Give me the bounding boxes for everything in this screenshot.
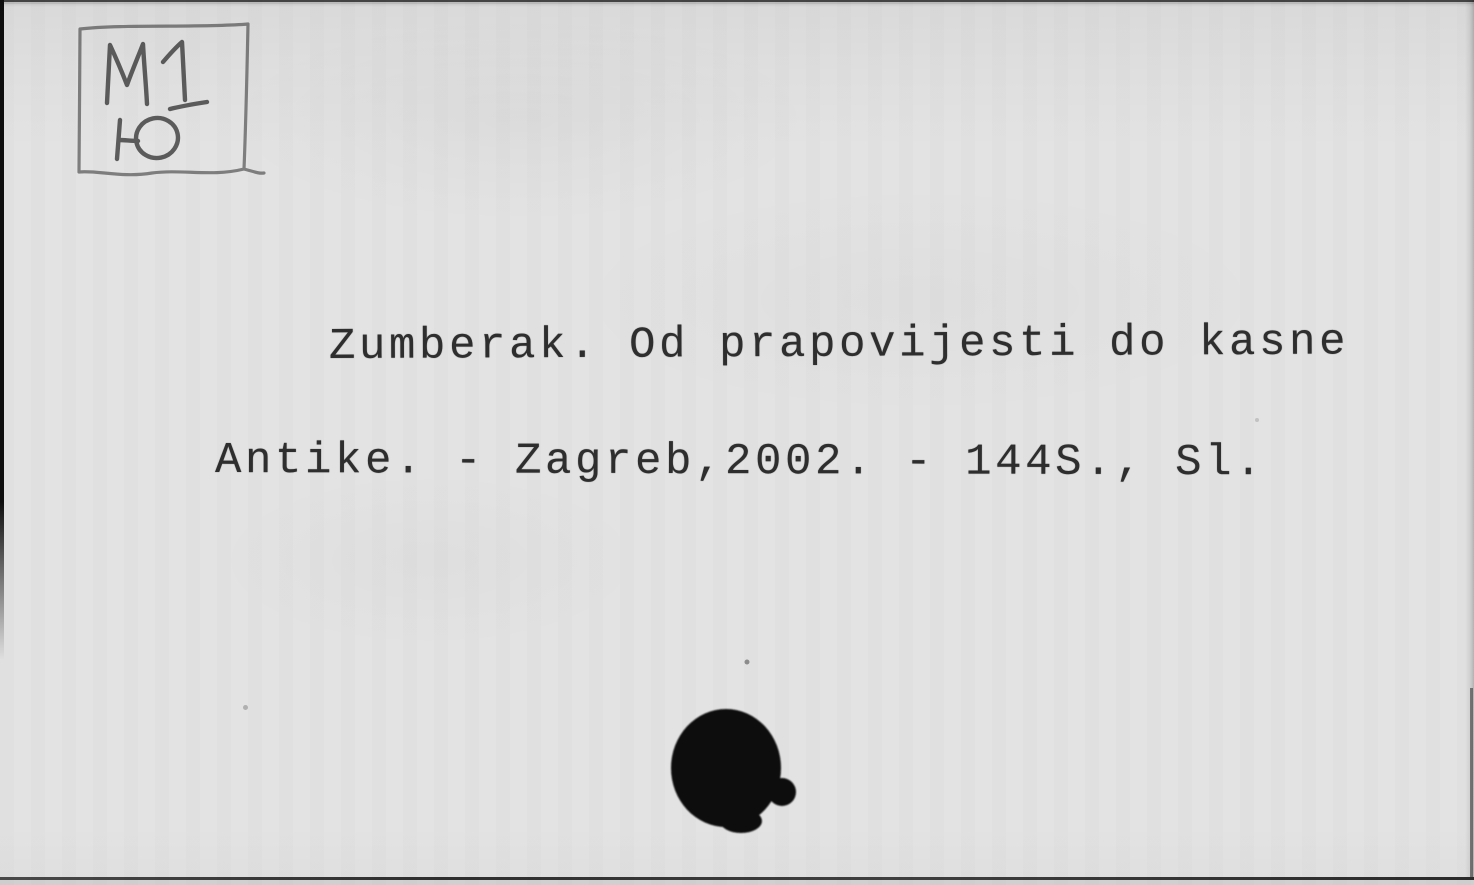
scan-edge-top <box>0 0 1474 7</box>
ink-blot <box>655 640 815 845</box>
stamp-char-1 <box>163 42 207 109</box>
scan-edge-left <box>0 0 4 660</box>
catalog-entry: Zumberak. Od prapovijesti do kasne Antik… <box>215 252 1349 556</box>
dust-speck <box>1255 418 1259 422</box>
scan-edge-bottom-right <box>1470 688 1473 878</box>
scanned-card: Zumberak. Od prapovijesti do kasne Antik… <box>0 0 1474 885</box>
scan-bottom-margin <box>0 880 1474 885</box>
stamp-box-outline <box>79 24 248 175</box>
dust-speck <box>243 705 248 710</box>
handwritten-stamp <box>72 16 272 196</box>
catalog-entry-line-2: Antike. - Zagreb,2002. - 144S., Sl. <box>215 442 1349 482</box>
dust-speck <box>745 660 750 665</box>
stamp-char-yu <box>117 114 182 162</box>
stamp-box-tail <box>244 169 264 173</box>
catalog-entry-line-1: Zumberak. Od prapovijesti do kasne <box>329 324 1349 366</box>
stamp-char-m <box>107 44 147 104</box>
